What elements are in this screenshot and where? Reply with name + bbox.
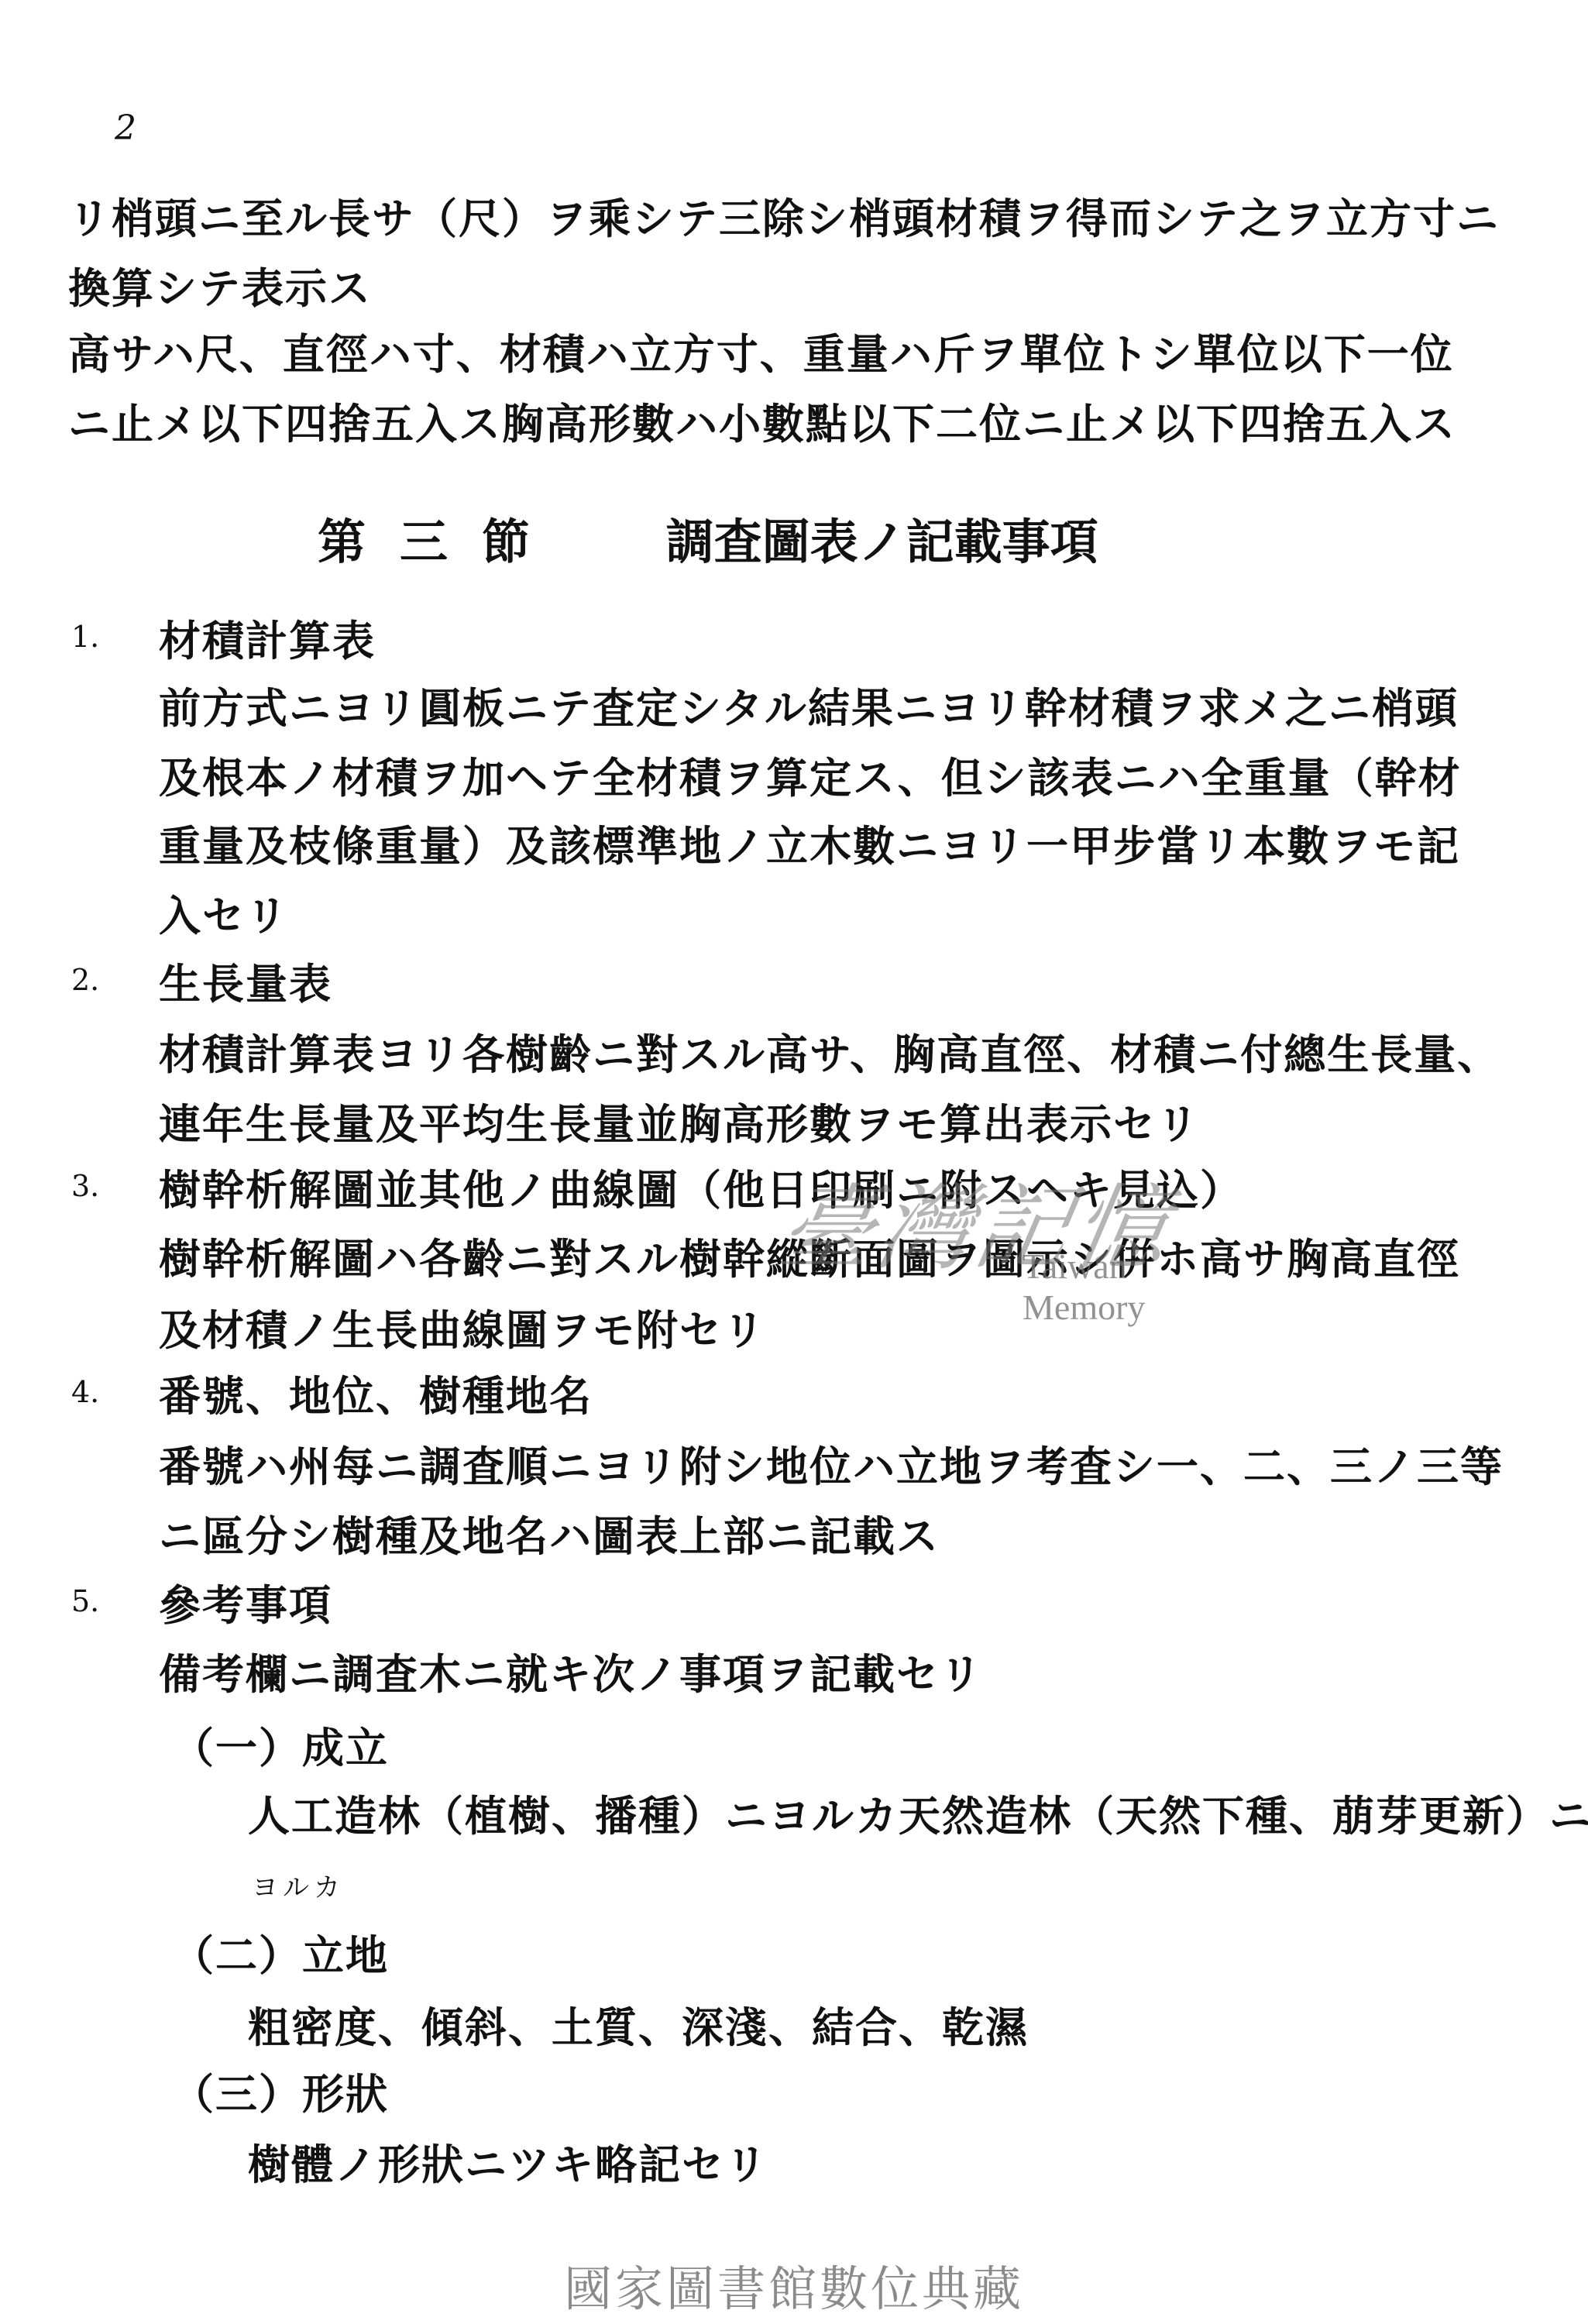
item-1-line-4: 入セリ (159, 891, 289, 940)
item-2-line-2: 連年生長量及平均生長量並胸高形數ヲモ算出表示セリ (159, 1099, 1200, 1149)
subitem-1-label: （一）成立 (172, 1723, 389, 1772)
subitem-3-line-1: 樹體ノ形狀ニツキ略記セリ (248, 2140, 768, 2189)
item-5-line-1: 備考欄ニ調査木ニ就キ次ノ事項ヲ記載セリ (159, 1649, 983, 1699)
item-3-number: 3. (71, 1169, 99, 1203)
section-number: 第三節 (318, 514, 564, 570)
item-4-line-2: ニ區分シ樹種及地名ハ圖表上部ニ記載ス (159, 1511, 940, 1561)
item-1-title: 材積計算表 (159, 616, 376, 665)
item-4-number: 4. (71, 1375, 99, 1409)
item-2-line-1: 材積計算表ヨリ各樹齡ニ對スル高サ、胸高直徑、材積ニ付總生長量、 (159, 1030, 1500, 1079)
item-3-line-1: 樹幹析解圖ハ各齡ニ對スル樹幹縱斷面圖ヲ圖示シ倂ホ高サ胸高直徑 (159, 1234, 1460, 1284)
subitem-2-line-1: 粗密度、傾斜、土質、深淺、結合、乾濕 (248, 2003, 1029, 2052)
item-1-number: 1. (71, 620, 99, 654)
subitem-2-label: （二）立地 (172, 1930, 389, 1980)
item-1-line-1: 前方式ニヨリ圓板ニテ査定シタル結果ニヨリ幹材積ヲ求メ之ニ梢頭 (159, 683, 1459, 733)
item-3-line-2: 及材積ノ生長曲線圖ヲモ附セリ (159, 1305, 766, 1355)
item-1-line-3: 重量及枝條重量）及該標準地ノ立木數ニヨリ一甲步當リ本數ヲモ記 (159, 821, 1460, 871)
item-3-title: 樹幹析解圖並其他ノ曲線圖（他日印刷ニ附スヘキ見込） (159, 1165, 1243, 1215)
item-4-line-1: 番號ハ州每ニ調査順ニヨリ附シ地位ハ立地ヲ考査シ一、二、三ノ三等 (159, 1442, 1504, 1491)
page-number: 2 (115, 108, 136, 148)
library-footer: 國家圖書館數位典藏 (0, 2250, 1588, 2319)
intro-line-2: 換算シテ表示ス (68, 263, 372, 313)
item-2-title: 生長量表 (159, 959, 332, 1009)
item-5-title: 參考事項 (159, 1580, 332, 1630)
item-4-title: 番號、地位、樹種地名 (159, 1371, 593, 1421)
section-title: 調査圖表ノ記載事項 (666, 514, 1098, 570)
intro-line-1: リ梢頭ニ至ル長サ（尺）ヲ乘シテ三除シ梢頭材積ヲ得而シテ之ヲ立方寸ニ (68, 194, 1500, 243)
section-heading: 第三節 調査圖表ノ記載事項 (318, 504, 1098, 572)
subitem-1-line-2: ヨルカ (252, 1863, 345, 1913)
subitem-1-line-1: 人工造林（植樹、播種）ニヨルカ天然造林（天然下種、萠芽更新）ニ (248, 1791, 1588, 1841)
item-2-number: 2. (71, 963, 99, 997)
item-1-line-2: 及根本ノ材積ヲ加ヘテ全材積ヲ算定ス、但シ該表ニハ全重量（幹材 (159, 753, 1462, 803)
item-5-number: 5. (71, 1584, 99, 1618)
subitem-3-label: （三）形狀 (172, 2069, 389, 2119)
intro-line-3: 高サハ尺、直徑ハ寸、材積ハ立方寸、重量ハ斤ヲ單位トシ單位以下一位 (68, 329, 1454, 379)
intro-line-4: ニ止メ以下四捨五入ス胸高形數ハ小數點以下二位ニ止メ以下四捨五入ス (68, 399, 1456, 449)
